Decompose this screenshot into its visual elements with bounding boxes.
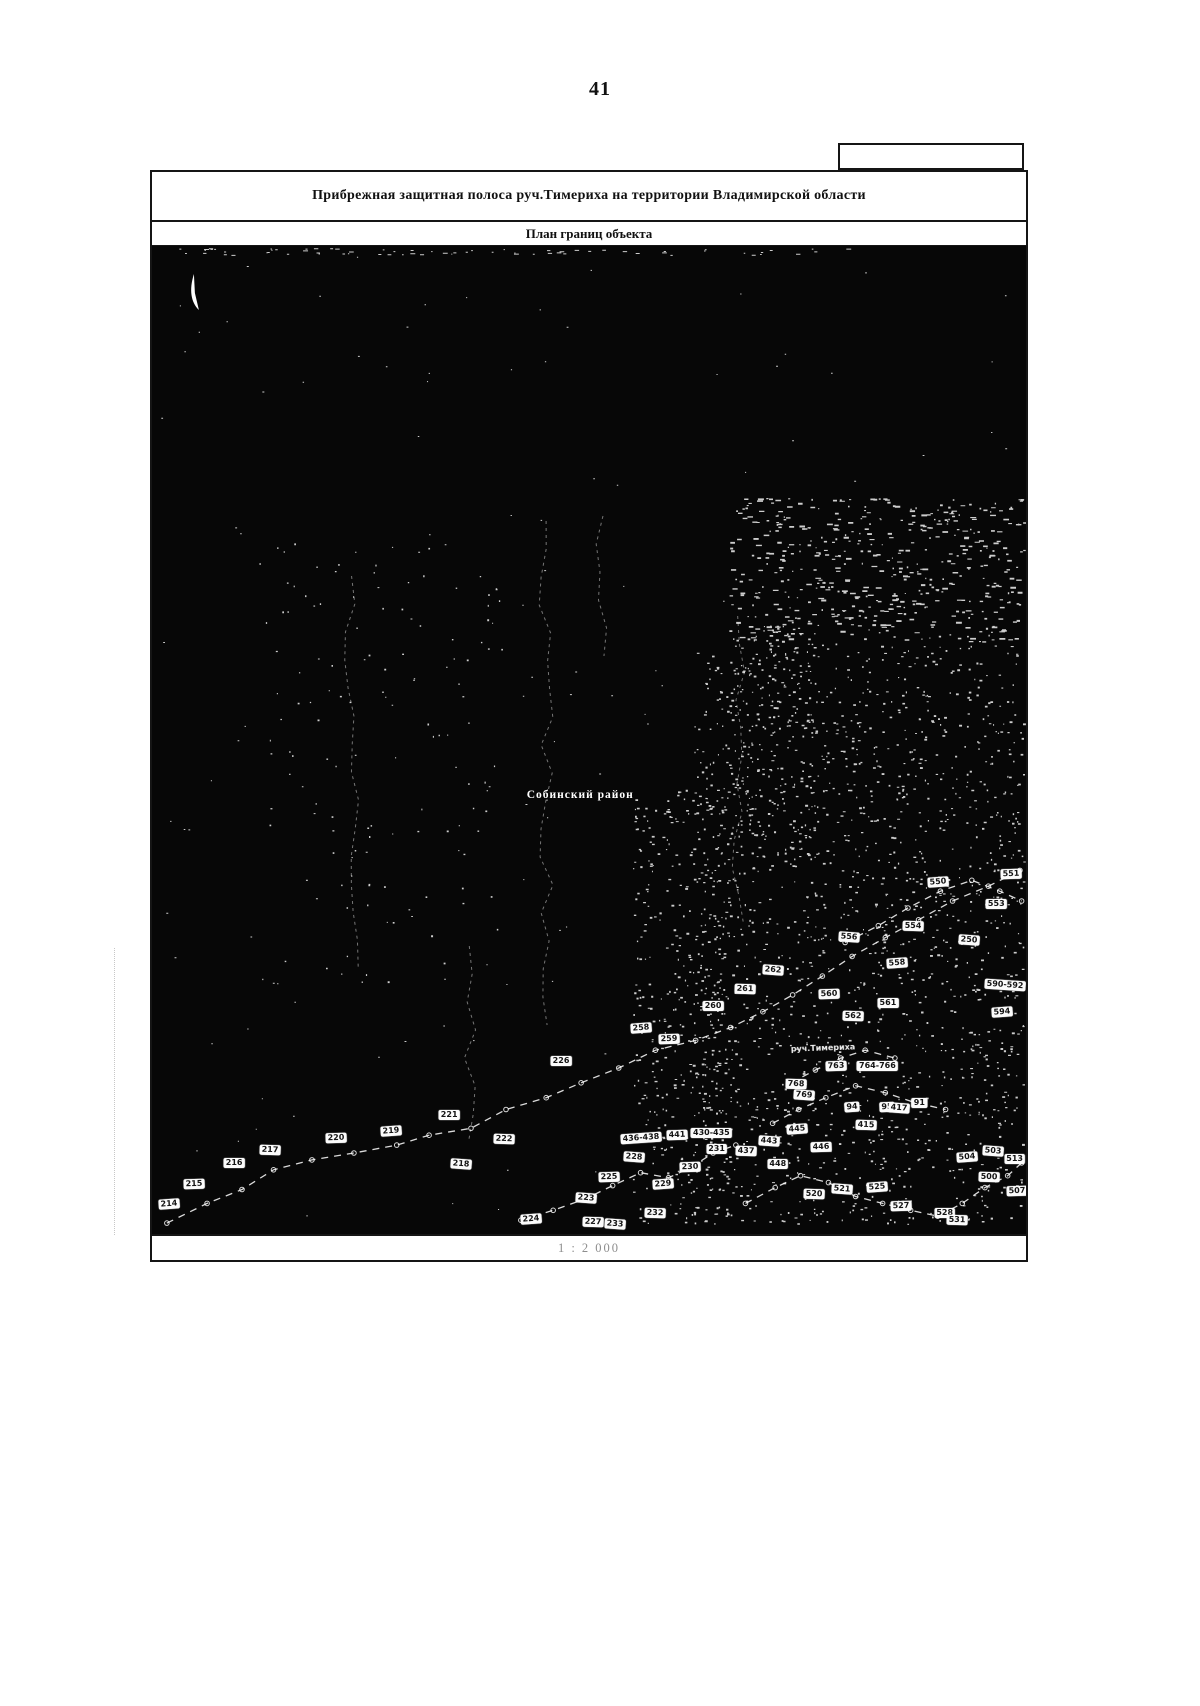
- plan-title-bar: Прибрежная защитная полоса руч.Тимериха …: [152, 172, 1026, 222]
- boundary-point-label: 503: [982, 1145, 1003, 1156]
- boundary-vertex: [773, 1185, 778, 1190]
- boundary-point-label: 261: [735, 984, 756, 995]
- boundary-point-label: 446: [811, 1142, 832, 1153]
- boundary-point-label: 417: [889, 1102, 910, 1113]
- boundary-point-label: 437: [736, 1146, 757, 1157]
- plan-title: Прибрежная защитная полоса руч.Тимериха …: [312, 188, 866, 204]
- boundary-point-label: 448: [767, 1159, 788, 1169]
- boundary-point-label: 221: [439, 1110, 460, 1120]
- boundary-point-label: 217: [259, 1145, 280, 1156]
- boundary-point-label: 554: [903, 920, 924, 931]
- boundary-point-label: 259: [659, 1034, 680, 1045]
- boundary-point-label: 441: [667, 1130, 688, 1141]
- boundary-vertex: [798, 1173, 803, 1178]
- boundary-point-label: 415: [856, 1120, 877, 1131]
- stream-line: [596, 516, 606, 656]
- boundary-point-label: 262: [762, 964, 783, 975]
- boundary-point-label: 233: [605, 1218, 626, 1229]
- boundary-point-label: 768: [786, 1078, 807, 1089]
- boundary-point-label: 560: [819, 989, 840, 1000]
- north-arrow-icon: [191, 274, 199, 310]
- map-canvas: [152, 246, 1026, 1234]
- boundary-point-label: 230: [680, 1161, 701, 1172]
- scanned-document-page: 41 Прибрежная защитная полоса руч.Тимери…: [0, 0, 1200, 1706]
- boundary-point-label: 763: [826, 1061, 847, 1072]
- boundary-point-label: 218: [450, 1158, 471, 1169]
- boundary-point-label: 553: [986, 899, 1007, 909]
- boundary-point-label: 216: [224, 1158, 245, 1168]
- boundary-point-label: 521: [831, 1183, 852, 1194]
- boundary-point-label: 224: [521, 1213, 542, 1224]
- boundary-point-label: 229: [653, 1178, 674, 1189]
- boundary-point-label: 443: [758, 1135, 779, 1146]
- stream-line: [464, 946, 475, 1142]
- boundary-point-label: 525: [867, 1181, 888, 1192]
- boundary-point-label: 500: [979, 1171, 1000, 1182]
- boundary-point-label: 258: [630, 1022, 651, 1033]
- boundary-point-label: 94: [844, 1101, 860, 1112]
- boundary-plan-map: Собинский район руч.Тимериха 21421521621…: [152, 246, 1026, 1234]
- boundary-point-label: 769: [793, 1089, 814, 1100]
- boundary-point-label: 561: [878, 998, 899, 1008]
- boundary-point-label: 558: [886, 958, 907, 969]
- scale-value: 1 : 2 000: [558, 1241, 620, 1256]
- corner-stamp-box: [838, 143, 1024, 170]
- boundary-point-label: 507: [1007, 1185, 1026, 1196]
- boundary-point-label: 551: [1001, 869, 1022, 880]
- boundary-point-label: 220: [325, 1133, 346, 1144]
- boundary-point-label: 556: [839, 931, 860, 942]
- boundary-vertex: [826, 1180, 831, 1185]
- boundary-vertex: [610, 1183, 615, 1188]
- boundary-vertex: [790, 993, 795, 998]
- boundary-point-label: 228: [624, 1151, 645, 1162]
- boundary-point-label: 504: [957, 1151, 978, 1162]
- boundary-vertex: [770, 1121, 775, 1126]
- boundary-point-label: 594: [992, 1006, 1013, 1017]
- boundary-point-label: 219: [380, 1126, 401, 1137]
- boundary-point-label: 764-766: [857, 1061, 898, 1071]
- scan-artifact-dotted-line: [114, 948, 115, 1235]
- boundary-point-label: 226: [551, 1056, 572, 1066]
- district-label: Собинский район: [527, 789, 634, 801]
- plan-frame: Прибрежная защитная полоса руч.Тимериха …: [150, 170, 1028, 1262]
- plan-subtitle: План границ объекта: [526, 226, 653, 242]
- boundary-point-label: 445: [786, 1124, 807, 1135]
- boundary-point-label: 550: [927, 877, 948, 888]
- stream-line: [345, 576, 359, 968]
- boundary-point-label: 562: [842, 1010, 863, 1021]
- boundary-point-label: 231: [706, 1144, 727, 1154]
- boundary-point-label: 214: [159, 1199, 180, 1210]
- page-number: 41: [0, 78, 1200, 101]
- boundary-point-label: 232: [645, 1208, 666, 1219]
- boundary-point-label: 430-435: [691, 1128, 732, 1138]
- boundary-point-label: 215: [183, 1178, 204, 1189]
- boundary-point-label: 250: [959, 934, 980, 945]
- boundary-point-label: 531: [946, 1215, 967, 1226]
- plan-subtitle-bar: План границ объекта: [152, 222, 1026, 246]
- boundary-point-label: 520: [803, 1189, 824, 1200]
- boundary-point-label: 225: [599, 1171, 620, 1182]
- boundary-point-label: 527: [890, 1201, 911, 1212]
- boundary-point-label: 260: [703, 1001, 724, 1011]
- boundary-vertex: [960, 1201, 965, 1206]
- boundary-point-label: 227: [583, 1217, 604, 1228]
- stream-line: [732, 616, 744, 924]
- boundary-point-label: 223: [576, 1193, 597, 1204]
- boundary-point-label: 91: [912, 1098, 927, 1108]
- scale-bar: 1 : 2 000: [152, 1234, 1026, 1260]
- boundary-point-label: 513: [1004, 1154, 1025, 1164]
- stream-line: [539, 521, 553, 1025]
- boundary-chain: [167, 870, 1020, 1223]
- boundary-point-label: 222: [494, 1134, 515, 1145]
- boundary-vertex: [504, 1107, 509, 1112]
